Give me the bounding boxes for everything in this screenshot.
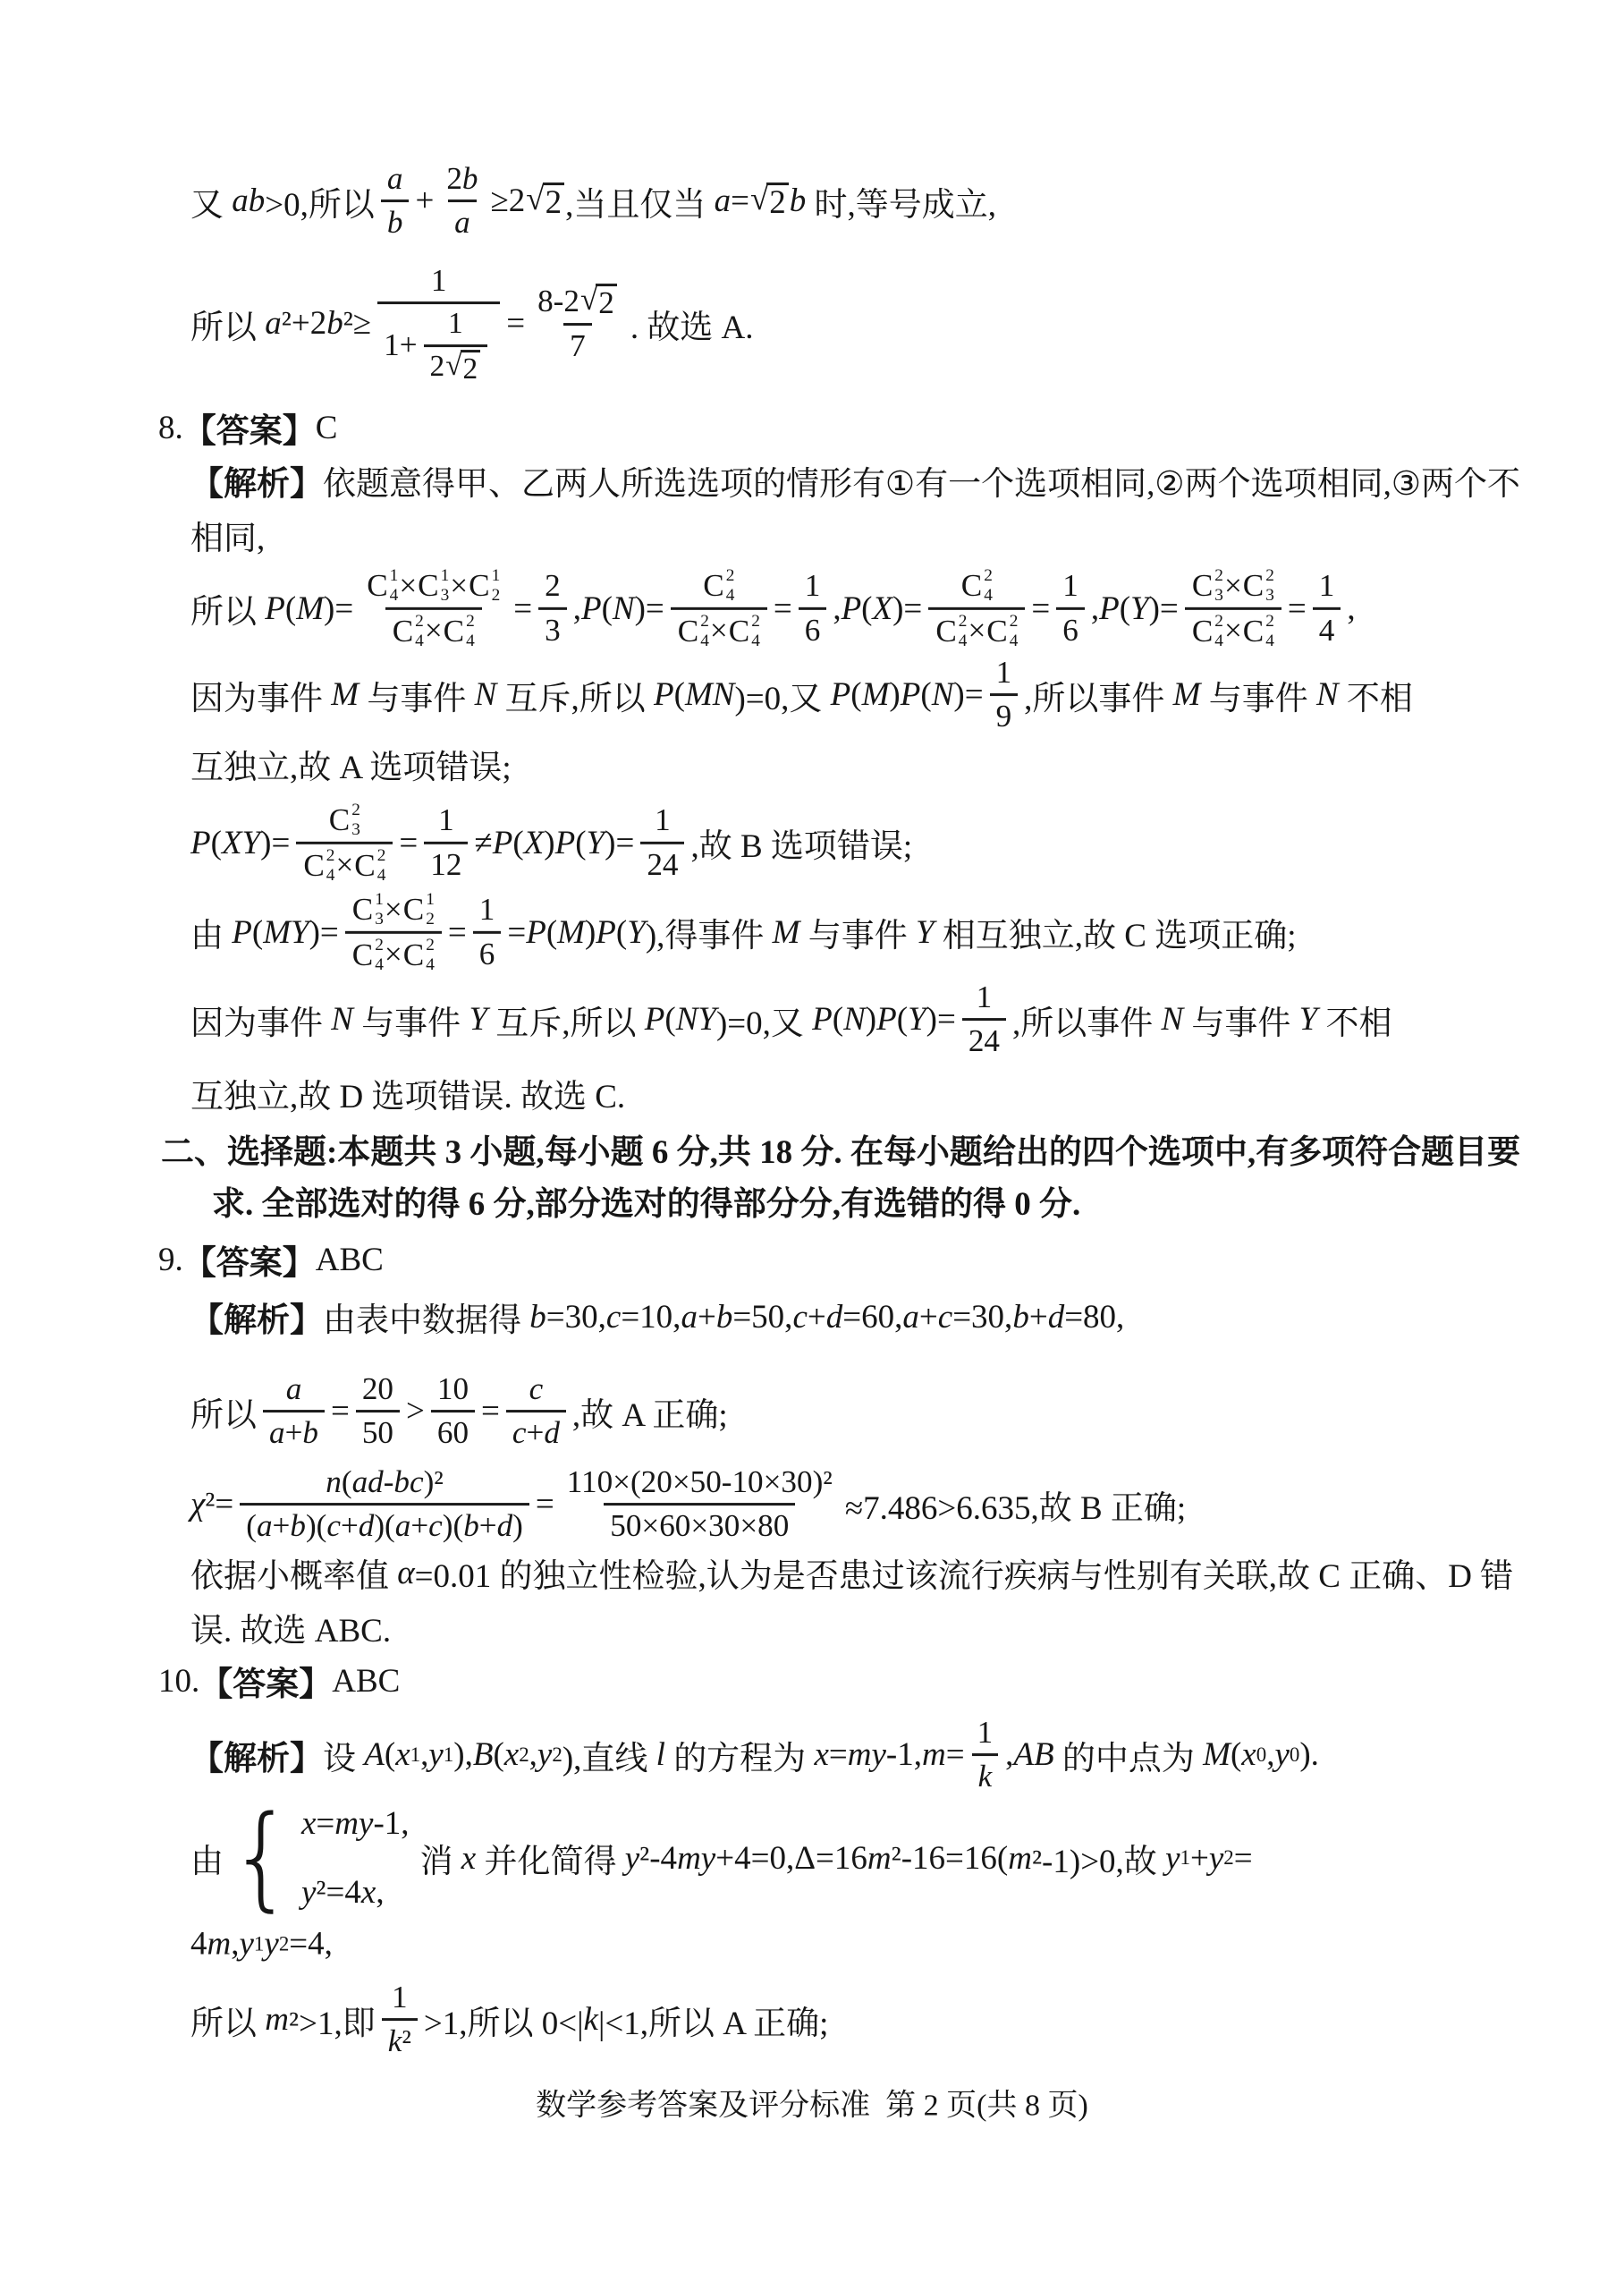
subscript: 3	[441, 587, 450, 604]
text-run: 误. 故选 ABC.	[190, 1603, 391, 1651]
text-run: 因为事件 M 与事件 N 互斥,所以 P(MN)=0,又 P(M)P(N)=	[190, 671, 984, 719]
text-run: ,当且仅当 a=	[565, 177, 749, 225]
subscript: 4	[466, 632, 475, 649]
cases-group: {x=my-1,y²=4x,	[229, 1804, 410, 1912]
fraction: 110×(20×50-10×30)²50×60×30×80	[561, 1464, 839, 1545]
text-run: 10	[437, 1371, 469, 1407]
text-run: =60,	[842, 1298, 902, 1336]
binomial-coefficient: C24	[729, 613, 760, 650]
variable: Y	[469, 1001, 487, 1039]
text-run: (	[602, 589, 613, 628]
text-run: ,	[573, 589, 581, 628]
text-run: 2	[769, 186, 786, 221]
square-root: √2	[580, 284, 617, 320]
superscript: 2	[959, 613, 968, 630]
text-run: >	[406, 1393, 425, 1431]
script-stack: 14	[390, 567, 399, 605]
denominator: 6	[1056, 607, 1085, 649]
sol8-line-4: 因为事件 M 与事件 N 互斥,所以 P(MN)=0,又 P(M)P(N)=19…	[190, 655, 1413, 735]
text-run: b 时,等号成立,	[790, 177, 996, 225]
denominator: b	[381, 200, 410, 242]
variable: a	[681, 1298, 698, 1336]
script-stack: 24	[326, 847, 335, 885]
variable: M	[1173, 676, 1201, 715]
text-run: )	[889, 676, 900, 715]
sol8-line-5: 互独立,故 A 选项错误;	[190, 740, 512, 788]
text-run: ×	[1224, 567, 1242, 603]
text-run: P(XY)=	[190, 824, 290, 862]
binomial-coefficient: C12	[403, 891, 435, 929]
denominator: 7	[563, 323, 592, 364]
superscript: 1	[492, 567, 501, 584]
text-run: ²+2	[282, 304, 326, 343]
text-run: =80,	[1064, 1298, 1124, 1336]
subscript: 3	[1214, 587, 1223, 604]
variable: a	[257, 1509, 273, 1545]
text-run: 8-2	[537, 284, 579, 319]
subscript: 4	[984, 587, 993, 604]
denominator: 50×60×30×80	[604, 1504, 795, 1545]
text-run: 依据小概率值	[190, 1548, 397, 1597]
text-run: ²-4	[639, 1839, 677, 1878]
variable: A	[364, 1736, 385, 1775]
subscript: 4	[700, 632, 709, 649]
denominator: 1+12√2	[377, 301, 500, 384]
superscript: 2	[351, 801, 360, 818]
text-run: ,故 A 正确;	[572, 1387, 728, 1436]
numerator: 1	[442, 307, 469, 341]
variable: b	[529, 1298, 546, 1336]
fraction: C24C24×C24	[928, 567, 1025, 649]
text-run: )=	[926, 1001, 956, 1039]
variable: M	[862, 676, 890, 715]
numerator: 20	[356, 1371, 400, 1407]
variable: Y	[1130, 589, 1149, 628]
text-run: ),	[453, 1736, 473, 1775]
superscript: 1	[441, 567, 450, 584]
script-stack: 13	[375, 891, 384, 929]
text-run: 110×(20×50-10×30)²	[567, 1464, 833, 1500]
variable: a	[286, 1371, 302, 1407]
bold-text: 【解析】	[190, 1293, 323, 1341]
variable: N	[613, 589, 635, 628]
script-stack: 24	[426, 937, 435, 974]
text-run: 4	[190, 1925, 207, 1963]
superscript: 1	[375, 891, 384, 908]
subscript: 4	[959, 632, 968, 649]
variable: a	[454, 206, 470, 242]
text-run: 的中点为	[1054, 1731, 1204, 1779]
text-run: +	[415, 182, 434, 221]
script-stack: 24	[377, 847, 386, 885]
text-run: 互独立,故 D 选项错误. 故选 C.	[190, 1069, 625, 1117]
script-stack: 24	[1010, 613, 1019, 650]
script-stack: 13	[441, 567, 450, 605]
text-run: n(ad-bc)²	[326, 1464, 444, 1500]
text-run: b	[387, 206, 403, 242]
variable: x	[1241, 1736, 1256, 1775]
fraction: 2ba	[440, 161, 484, 242]
text-run: x=my-1,	[301, 1804, 410, 1843]
binom-symbol: C	[1243, 615, 1264, 647]
text-run: 1	[996, 655, 1012, 691]
text-run: ²=4	[316, 1873, 360, 1912]
text-run: =	[331, 1393, 350, 1431]
text-run: 由表中数据得 b=30,c=10,a+b=50,c+d=60,a+c=30,b+…	[323, 1293, 1124, 1341]
text-run: 6	[805, 613, 821, 649]
text-run: 1	[655, 802, 671, 838]
text-run: +	[479, 1509, 497, 1545]
text-run: 与事件	[799, 908, 916, 956]
denominator: C24×C24	[671, 607, 767, 650]
binomial-coefficient: C24	[1192, 613, 1223, 650]
text-run: (	[833, 1001, 843, 1039]
numerator: 1	[425, 263, 453, 299]
numerator: c	[523, 1371, 550, 1407]
script-stack: 23	[351, 801, 360, 839]
text-run: 50×60×30×80	[610, 1509, 789, 1545]
text-run: 相同,	[190, 511, 265, 559]
variable: m	[867, 1839, 892, 1878]
sol8-line-6: P(XY)=C23C24×C24=112≠P(X)P(Y)=124,故 B 选项…	[190, 801, 912, 884]
denominator: (a+b)(c+d)(a+c)(b+d)	[240, 1504, 529, 1545]
text-run: ).	[1299, 1736, 1319, 1775]
variable: b	[716, 1298, 733, 1336]
text-run: >1,所以 0<|	[424, 1996, 584, 2044]
fraction: 1060	[431, 1371, 475, 1452]
text-run: 1	[977, 980, 993, 1015]
text-run: 的方程为	[665, 1731, 815, 1779]
radicand: 2	[461, 350, 481, 385]
bold-text: 【解析】	[190, 456, 323, 505]
text-run: 1	[448, 307, 463, 341]
sol8-line-9: 互独立,故 D 选项错误. 故选 C.	[190, 1069, 625, 1117]
text-run: ×	[710, 613, 728, 649]
section-2-header-2: 求. 全部选对的得 6 分,部分选对的得部分分,有选错的得 0 分.	[212, 1176, 1080, 1225]
text-run: =	[1234, 1839, 1253, 1878]
text-run: 1	[1319, 568, 1335, 604]
variable: N	[1161, 1001, 1183, 1039]
denominator: 60	[431, 1411, 475, 1452]
numerator: 10	[431, 1371, 475, 1407]
binom-symbol: C	[444, 615, 464, 647]
text-run: 所以	[190, 1387, 257, 1436]
binom-symbol: C	[1192, 615, 1213, 647]
text-run: y²=4x,	[301, 1873, 385, 1912]
binomial-coefficient: C23	[329, 801, 360, 839]
text-run: ²≥	[343, 304, 371, 343]
text-run: ,	[529, 1736, 537, 1775]
text-run: ≥2	[490, 182, 525, 221]
text-run: 又	[190, 177, 232, 225]
text-run: )	[544, 824, 554, 862]
subscript: 4	[415, 632, 424, 649]
text-run: 4	[1319, 613, 1335, 649]
bold-text: 【答案】	[199, 1657, 332, 1705]
text-run: 设	[323, 1731, 364, 1779]
variable: N	[843, 1001, 866, 1039]
variable: MY	[263, 913, 309, 952]
text-run: =	[506, 304, 525, 343]
denominator: 3	[538, 607, 567, 649]
text-run: 因为事件	[190, 671, 331, 719]
square-root: √2	[526, 182, 564, 221]
text-run: ×	[399, 567, 417, 603]
numerator: 110×(20×50-10×30)²	[561, 1464, 839, 1500]
text-run: =30,	[952, 1298, 1012, 1336]
variable: b	[302, 1416, 318, 1452]
variable: y	[239, 1925, 253, 1963]
text-run: 并化简得	[476, 1834, 625, 1882]
text-run: . 故选 A.	[630, 300, 754, 348]
binomial-coefficient: C24	[961, 567, 993, 605]
sol8-line-8: 因为事件 N 与事件 Y 互斥,所以 P(NY)=0,又 P(N)P(Y)=12…	[190, 980, 1392, 1060]
text-run: 所以	[190, 584, 265, 632]
text-run: =	[481, 1393, 500, 1431]
text-run: a	[454, 206, 470, 242]
radicand: 2	[596, 284, 617, 320]
text-run: ≥2	[490, 182, 525, 221]
script-stack: 24	[1265, 613, 1274, 650]
text-run: 1	[1062, 568, 1078, 604]
q7-cont-line-1: 又 ab>0,所以ab+2ba≥2√2,当且仅当 a=√2b 时,等号成立,	[190, 161, 996, 242]
fraction: C23C24×C24	[296, 801, 393, 884]
text-run: 8.	[158, 409, 183, 447]
text-run: ,所以事件 N 与事件 Y 不相	[1012, 996, 1392, 1044]
bold-text: 【解析】	[190, 1731, 323, 1779]
numerator: C24	[696, 567, 741, 605]
bold-text: 求. 全部选对的得 6 分,部分选对的得部分分,有选错的得 0 分.	[212, 1176, 1080, 1225]
binomial-coefficient: C13	[352, 891, 384, 929]
text-run: 10.	[158, 1662, 199, 1701]
text-run: (	[493, 1736, 503, 1775]
binom-symbol: C	[403, 894, 424, 925]
text-run: ×	[1224, 613, 1242, 649]
binomial-coefficient: C24	[393, 613, 424, 650]
text-run: ×	[385, 891, 402, 927]
text-run: 【解析】	[190, 466, 323, 503]
text-run: . 故选 A.	[630, 300, 754, 348]
numerator: n(ad-bc)²	[319, 1464, 450, 1500]
superscript: 2	[375, 937, 384, 954]
variable: m	[922, 1736, 946, 1775]
variable: d	[497, 1509, 513, 1545]
variable: y	[428, 1736, 443, 1775]
variable: X	[524, 824, 545, 862]
fraction: 2050	[356, 1371, 400, 1452]
variable: k	[584, 2001, 598, 2040]
text-run: =	[774, 589, 792, 628]
text-run: 1	[431, 263, 447, 299]
text-run: +	[415, 182, 434, 221]
variable: P	[1099, 589, 1120, 628]
variable: d	[826, 1298, 843, 1336]
binom-symbol: C	[1192, 570, 1213, 601]
text-run: ×	[450, 567, 468, 603]
text-run: 1	[977, 1715, 994, 1751]
text-run: 6	[805, 613, 821, 649]
radical-sign: √	[750, 182, 768, 217]
text-run: =	[507, 913, 526, 952]
text-run: ×	[450, 567, 468, 603]
variable: B	[473, 1736, 494, 1775]
text-run: )=	[605, 824, 634, 862]
text-run: 3	[545, 613, 561, 649]
variable: x	[504, 1736, 519, 1775]
variable: b	[290, 1509, 306, 1545]
square-root: √2	[445, 350, 480, 385]
variable: N	[932, 676, 954, 715]
text-run: ≈7.486>6.635,故 B 正确;	[845, 1480, 1186, 1529]
text-run: 6	[479, 937, 495, 972]
fraction: n(ad-bc)²(a+b)(c+d)(a+c)(b+d)	[240, 1464, 529, 1545]
denominator: a+b	[263, 1411, 325, 1452]
text-run: (a+b)(c+d)(a+c)(b+d)	[246, 1509, 523, 1545]
text-run: 12	[430, 847, 461, 883]
text-run: +	[1029, 1298, 1048, 1336]
variable: P	[526, 913, 546, 952]
numerator: 1	[432, 802, 461, 838]
text-run: 所以 a²+2b²≥	[190, 300, 371, 348]
text-run: ≈7.486>6.635,故 B 正确;	[845, 1480, 1186, 1529]
text-run: 10	[437, 1371, 469, 1407]
sol10-line-2: 由{x=my-1,y²=4x,消 x 并化简得 y²-4my+4=0,Δ=16m…	[190, 1804, 1253, 1912]
binomial-coefficient: C24	[1243, 613, 1274, 650]
text-run: 2	[546, 186, 562, 221]
text-run: ABC	[316, 1241, 384, 1279]
text-run: =P(M)P(Y),得事件 M 与事件 Y 相互独立,故 C 选项正确;	[507, 908, 1296, 956]
numerator: a	[381, 161, 410, 197]
text-run: ,	[1347, 589, 1355, 628]
text-run: ,所以事件	[1024, 671, 1173, 719]
variable: d	[1048, 1298, 1065, 1336]
variable: N	[475, 676, 497, 715]
binomial-coefficient: C12	[469, 567, 500, 605]
text-run: =	[513, 589, 532, 628]
denominator: 24	[962, 1019, 1006, 1060]
text-run: (	[246, 1509, 257, 1545]
variable: x	[814, 1736, 828, 1775]
text-run: =	[399, 824, 418, 862]
numerator: 2b	[440, 161, 484, 197]
text-run: 误. 故选 ABC.	[190, 1603, 391, 1651]
fraction: 112	[424, 802, 468, 883]
variable: Y	[627, 913, 646, 952]
text-run: 20	[362, 1371, 393, 1407]
numerator: C23×C23	[1185, 567, 1281, 605]
text-run: ×	[399, 567, 417, 603]
binomial-coefficient: C24	[403, 937, 435, 974]
subscript: 4	[377, 867, 386, 884]
text-run: 24	[647, 847, 678, 883]
text-run: (	[850, 676, 861, 715]
text-run: ×	[968, 613, 985, 649]
superscript: 2	[1214, 567, 1223, 584]
script-stack: 24	[751, 613, 760, 650]
variable: b	[462, 161, 478, 197]
text-run: 6	[479, 937, 495, 972]
text-run: 6	[1062, 613, 1078, 649]
text-run: 2	[545, 568, 561, 604]
text-run: 12	[430, 847, 461, 883]
text-run: 由表中数据得	[323, 1293, 529, 1341]
subscript: 3	[351, 821, 360, 838]
variable: bc	[393, 1464, 423, 1500]
text-run: +4=0,Δ=16	[715, 1839, 867, 1878]
text-run: +	[285, 1416, 303, 1452]
text-run: 与事件	[1183, 996, 1299, 1044]
binom-symbol: C	[1243, 570, 1264, 601]
variable: my	[334, 1804, 373, 1843]
script-stack: 24	[415, 613, 424, 650]
text-run: 9.	[158, 1241, 183, 1279]
text-run: 由 P(MY)=	[190, 908, 339, 956]
text-run: 110×(20×50-10×30)²	[567, 1464, 833, 1500]
text-run: =	[536, 1486, 554, 1524]
variable: P	[190, 824, 211, 862]
subscript: 3	[1265, 587, 1274, 604]
text-run: ,当且仅当	[565, 177, 715, 225]
denominator: 6	[473, 931, 502, 972]
variable: χ	[190, 1486, 205, 1524]
text-run: 9	[996, 700, 1012, 735]
text-run: 3	[545, 613, 561, 649]
superscript: 2	[377, 847, 386, 864]
fraction: 16	[1056, 568, 1085, 649]
text-run: |<1,所以 A 正确;	[598, 1996, 828, 2044]
text-run: (	[342, 1464, 352, 1500]
variable: P	[876, 1001, 897, 1039]
numerator: a	[280, 1371, 309, 1407]
variable: c	[428, 1509, 443, 1545]
text-run: 所以	[190, 1996, 265, 2044]
variable: Y	[916, 913, 935, 952]
text-run: -1,	[886, 1736, 922, 1775]
binom-symbol: C	[418, 570, 438, 601]
variable: my	[848, 1736, 886, 1775]
variable: N	[331, 1001, 353, 1039]
variable: b	[463, 1509, 479, 1545]
variable: k	[388, 2024, 402, 2060]
text-run: (	[616, 913, 627, 952]
subscript: 4	[726, 587, 735, 604]
text-run: 2	[430, 350, 445, 384]
denominator: C24×C24	[296, 842, 393, 885]
text-run: 1	[1319, 568, 1335, 604]
text-run: 又 ab>0,所以	[190, 177, 375, 225]
bold-text: 二、选择题:本题共 3 小题,每小题 6 分,共 18 分. 在每小题给出的四个…	[161, 1124, 1520, 1173]
variable: c	[529, 1371, 544, 1407]
text-run: 9.	[158, 1241, 183, 1279]
numerator: C23	[322, 801, 368, 839]
text-run: (	[1231, 1736, 1241, 1775]
text-run: 24	[968, 1024, 1000, 1060]
text-run: (	[512, 824, 523, 862]
binom-symbol: C	[703, 570, 723, 601]
variable: m	[265, 2001, 289, 2040]
text-run: +	[341, 1509, 359, 1545]
text-run: 依据小概率值 α=0.01 的独立性检验,认为是否患过该流行疾病与性别有关联,故…	[190, 1548, 1513, 1597]
variable: M	[557, 913, 585, 952]
text-run: k	[978, 1760, 993, 1795]
text-run: ²>1,即	[289, 1996, 376, 2044]
text-run: 【答案】	[183, 413, 316, 450]
numerator: 1	[990, 655, 1019, 691]
variable: P	[596, 913, 616, 952]
binomial-coefficient: C24	[303, 847, 334, 885]
binom-symbol: C	[935, 615, 956, 647]
text-run: 所以 P(M)=	[190, 584, 353, 632]
